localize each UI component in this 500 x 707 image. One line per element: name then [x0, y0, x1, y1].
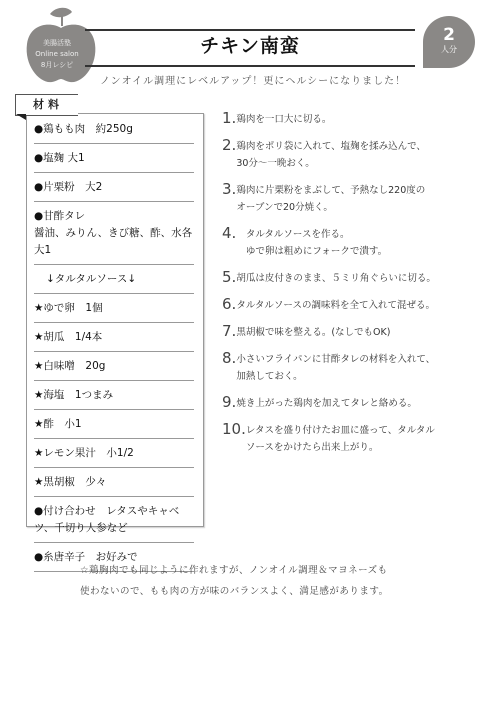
- step-number: 6.: [222, 296, 236, 314]
- step-item: 1.鶏肉を一口大に切る。: [222, 110, 492, 128]
- step-item: 2.鶏肉をポリ袋に入れて、塩麹を揉み込んで、 30分〜一晩おく。: [222, 137, 492, 172]
- subtitle: ノンオイル調理にレベルアップ！更にヘルシーになりました！: [100, 72, 406, 87]
- step-text: 鶏肉を一口大に切る。: [236, 110, 331, 128]
- step-number: 1.: [222, 110, 236, 128]
- step-number: 5.: [222, 269, 236, 287]
- steps-list: 1.鶏肉を一口大に切る。 2.鶏肉をポリ袋に入れて、塩麹を揉み込んで、 30分〜…: [222, 110, 492, 465]
- step-text: 鶏肉に片栗粉をまぶして、予熱なし220度の オーブンで20分焼く。: [236, 181, 425, 216]
- ingredient-item: ★白味噌 20g: [34, 352, 194, 381]
- logo-line-2: Online salon: [22, 49, 92, 60]
- step-text: 焼き上がった鶏肉を加えてタレと絡める。: [236, 394, 417, 412]
- step-text: タルタルソースの調味料を全て入れて混ぜる。: [236, 296, 435, 314]
- servings-unit: 人分: [423, 45, 475, 55]
- step-item: 3.鶏肉に片栗粉をまぶして、予熱なし220度の オーブンで20分焼く。: [222, 181, 492, 216]
- ingredient-item: ★ゆで卵 1個: [34, 294, 194, 323]
- ingredient-item: ★胡瓜 1/4本: [34, 323, 194, 352]
- step-number: 9.: [222, 394, 236, 412]
- logo-line-1: 美腸活塾: [22, 38, 92, 49]
- step-number: 2.: [222, 137, 236, 172]
- ingredient-item: ●鶏もも肉 約250g: [34, 115, 194, 144]
- step-text: 胡瓜は皮付きのまま、５ミリ角ぐらいに切る。: [236, 269, 436, 287]
- ingredient-section-heading: ↓タルタルソース↓: [34, 265, 194, 294]
- ingredient-item: ●付け合わせ レタスやキャベツ、千切り人参など: [34, 497, 194, 543]
- ingredient-item: ★酢 小1: [34, 410, 194, 439]
- step-number: 4.: [222, 225, 236, 260]
- step-text: レタスを盛り付けたお皿に盛って、タルタル ソースをかけたら出来上がり。: [246, 421, 435, 456]
- ingredient-item: ★黒胡椒 少々: [34, 468, 194, 497]
- step-number: 7.: [222, 323, 236, 341]
- logo-text: 美腸活塾 Online salon 8月レシピ: [22, 38, 92, 71]
- step-item: 9.焼き上がった鶏肉を加えてタレと絡める。: [222, 394, 492, 412]
- step-item: 5.胡瓜は皮付きのまま、５ミリ角ぐらいに切る。: [222, 269, 492, 287]
- ingredients-list: ●鶏もも肉 約250g ●塩麹 大1 ●片栗粉 大2 ●甘酢タレ 醤油、みりん、…: [34, 115, 194, 572]
- step-text: 小さいフライパンに甘酢タレの材料を入れて、 加熱しておく。: [236, 350, 435, 385]
- step-text: 黒胡椒で味を整える。(なしでもOK): [236, 323, 390, 341]
- servings-badge: 2 人分: [423, 16, 475, 68]
- ingredients-title: 材料: [33, 96, 63, 112]
- step-item: 6.タルタルソースの調味料を全て入れて混ぜる。: [222, 296, 492, 314]
- footnote: ☆鶏胸肉でも同じように作れますが、ノンオイル調理＆マヨネーズも 使わないので、も…: [80, 560, 440, 602]
- logo-line-3: 8月レシピ: [22, 60, 92, 71]
- ingredient-item: ●塩麹 大1: [34, 144, 194, 173]
- ingredient-item: ●片栗粉 大2: [34, 173, 194, 202]
- step-text: 鶏肉をポリ袋に入れて、塩麹を揉み込んで、 30分〜一晩おく。: [236, 137, 426, 172]
- step-number: 10.: [222, 421, 246, 456]
- step-item: 8.小さいフライパンに甘酢タレの材料を入れて、 加熱しておく。: [222, 350, 492, 385]
- step-item: 7.黒胡椒で味を整える。(なしでもOK): [222, 323, 492, 341]
- ingredient-item: ★レモン果汁 小1/2: [34, 439, 194, 468]
- ingredient-item: ★海塩 1つまみ: [34, 381, 194, 410]
- step-text: タルタルソースを作る。 ゆで卵は粗めにフォークで潰す。: [236, 225, 387, 260]
- step-number: 8.: [222, 350, 236, 385]
- step-item: 4. タルタルソースを作る。 ゆで卵は粗めにフォークで潰す。: [222, 225, 492, 260]
- tab-fold-icon: [16, 114, 26, 120]
- page-title: チキン南蛮: [85, 32, 415, 60]
- ingredient-item: ●甘酢タレ 醤油、みりん、きび糖、酢、水各大1: [34, 202, 194, 265]
- servings-number: 2: [423, 25, 475, 45]
- step-item: 10.レタスを盛り付けたお皿に盛って、タルタル ソースをかけたら出来上がり。: [222, 421, 492, 456]
- step-number: 3.: [222, 181, 236, 216]
